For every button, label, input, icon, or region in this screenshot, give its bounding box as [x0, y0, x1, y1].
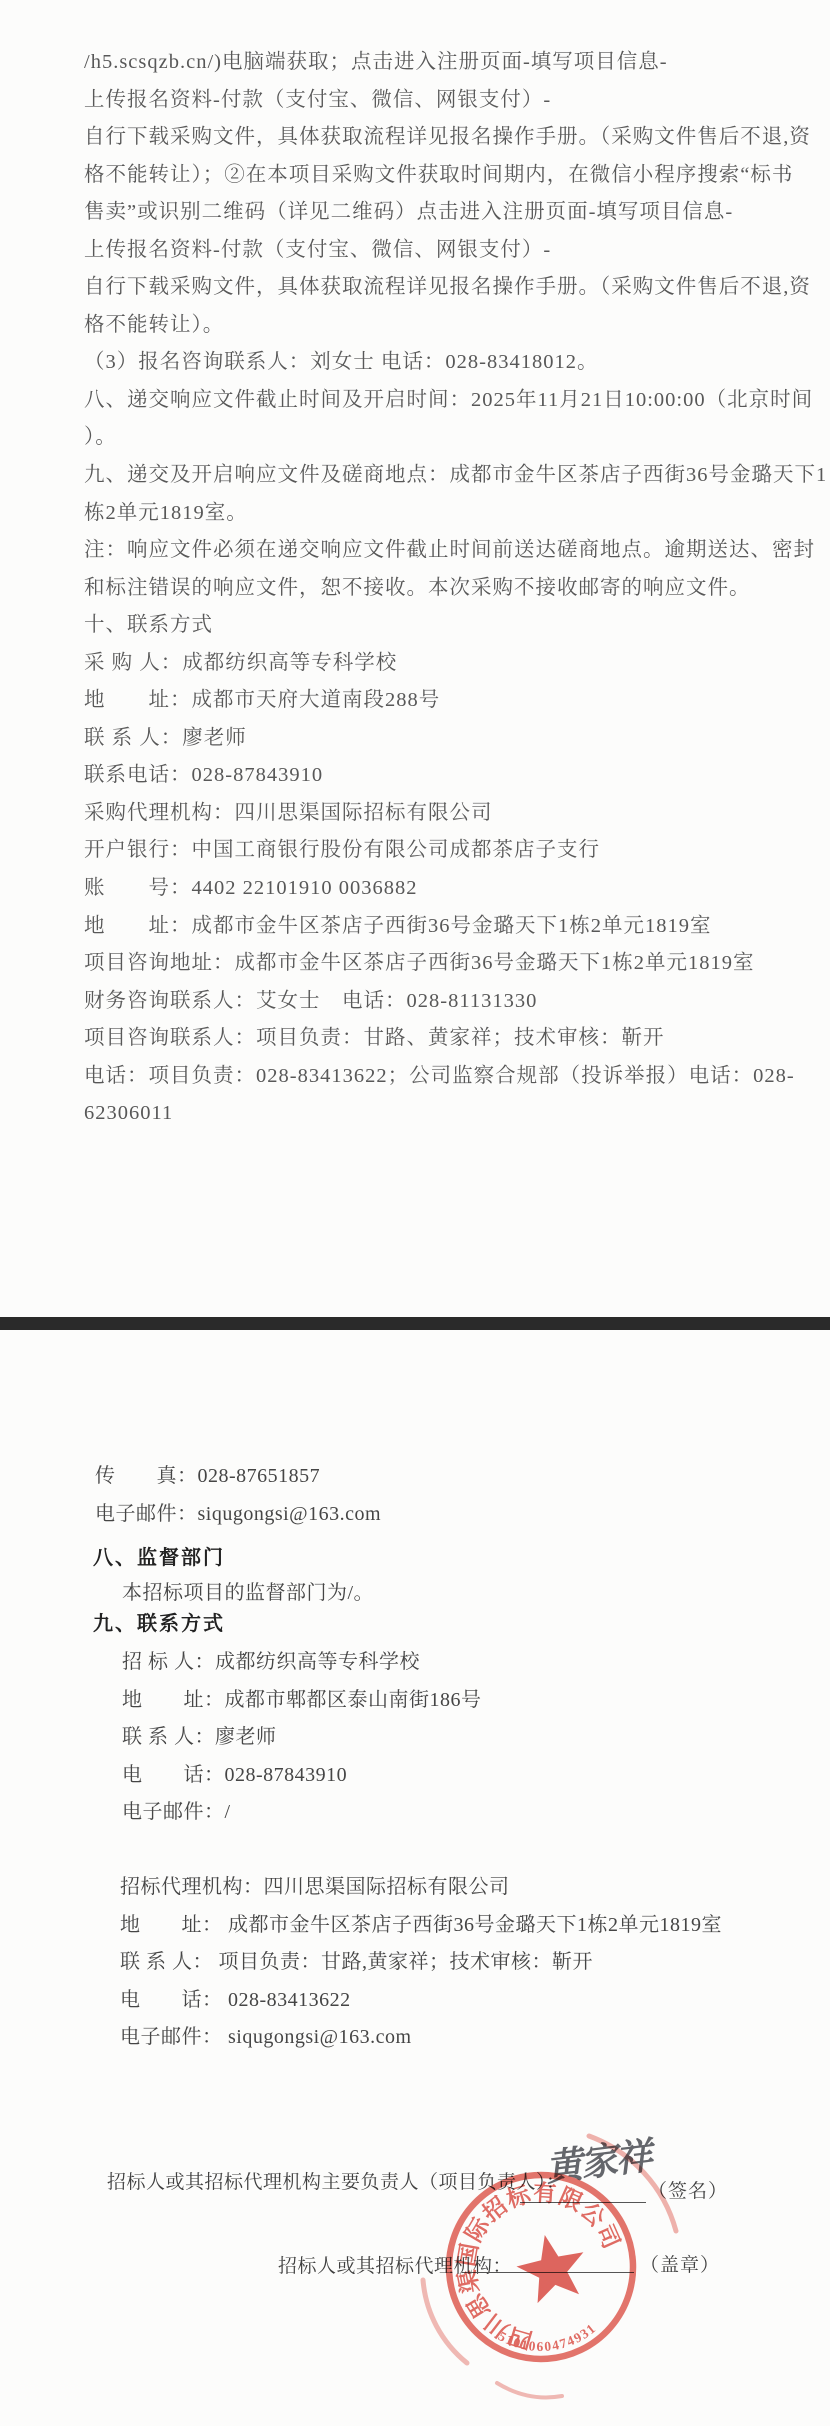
seal-smear	[497, 2383, 562, 2397]
text-line: 格不能转让）；②在本项目采购文件获取时间期内，在微信小程序搜索“标书	[84, 157, 804, 195]
text-line: 62306011	[84, 1095, 804, 1133]
text-line: 九、递交及开启响应文件及磋商地点：成都市金牛区茶店子西街36号金璐天下1	[84, 457, 804, 495]
seal-star	[511, 2228, 591, 2306]
text-line: 上传报名资料-付款（支付宝、微信、网银支付）-	[84, 82, 804, 120]
text-line: 上传报名资料-付款（支付宝、微信、网银支付）-	[84, 232, 804, 270]
section8-heading: 八、监督部门	[93, 1540, 225, 1578]
text-line: 招标代理机构：四川思渠国际招标有限公司	[120, 1869, 722, 1907]
text-line: 项目咨询联系人：项目负责：甘路、黄家祥；技术审核：靳开	[84, 1020, 804, 1058]
text-line: 注：响应文件必须在递交响应文件截止时间前送达磋商地点。逾期送达、密封	[84, 532, 804, 570]
text-line: 联 系 人： 项目负责：甘路,黄家祥；技术审核：靳开	[120, 1944, 722, 1982]
text-line: 和标注错误的响应文件，恕不接收。本次采购不接收邮寄的响应文件。	[84, 570, 804, 608]
text-line: 栋2单元1819室。	[84, 495, 804, 533]
text-line: 招 标 人：成都纺织高等专科学校	[122, 1644, 482, 1682]
text-line: 联 系 人：廖老师	[122, 1719, 482, 1757]
company-seal-stamp: 四川思渠国际招标有限公司 5101060474931	[400, 2128, 682, 2410]
text-line: 开户银行：中国工商银行股份有限公司成都茶店子支行	[84, 832, 804, 870]
text-line: ）。	[84, 419, 804, 457]
bidder-contact-block: 招 标 人：成都纺织高等专科学校地 址：成都市郫都区泰山南街186号联 系 人：…	[122, 1644, 482, 1832]
text-line: 联系电话：028-87843910	[84, 757, 804, 795]
text-line: 地 址：成都市天府大道南段288号	[84, 682, 804, 720]
text-line: 账 号：4402 22101910 0036882	[84, 870, 804, 908]
text-line: 售卖”或识别二维码（详见二维码）点击进入注册页面-填写项目信息-	[84, 194, 804, 232]
text-line: 传 真：028-87651857	[95, 1458, 381, 1496]
text-line: 电子邮件： siqugongsi@163.com	[120, 2019, 722, 2057]
text-line: 八、递交响应文件截止时间及开启时间：2025年11月21日10:00:00（北京…	[84, 382, 804, 420]
text-line: 电子邮件：/	[122, 1794, 482, 1832]
page-separator-band	[0, 1317, 830, 1330]
text-line: 地 址：成都市郫都区泰山南街186号	[122, 1682, 482, 1720]
text-line: 电 话： 028-83413622	[120, 1982, 722, 2020]
text-line: 电话：项目负责：028-83413622；公司监察合规部（投诉举报）电话：028…	[84, 1058, 804, 1096]
text-line: /h5.scsqzb.cn/)电脑端获取；点击进入注册页面-填写项目信息-	[84, 44, 804, 82]
text-line: 十、联系方式	[84, 607, 804, 645]
text-line: （3）报名咨询联系人：刘女士 电话：028-83418012。	[84, 344, 804, 382]
text-line: 地 址：成都市金牛区茶店子西街36号金璐天下1栋2单元1819室	[84, 908, 804, 946]
text-line: 电 话：028-87843910	[122, 1757, 482, 1795]
agency-contact-block: 招标代理机构：四川思渠国际招标有限公司地 址： 成都市金牛区茶店子西街36号金璐…	[120, 1869, 722, 2057]
text-line: 采 购 人：成都纺织高等专科学校	[84, 645, 804, 683]
text-line: 采购代理机构：四川思渠国际招标有限公司	[84, 795, 804, 833]
agency-fax-email-block: 传 真：028-87651857电子邮件：siqugongsi@163.com	[95, 1458, 381, 1533]
text-line: 项目咨询地址：成都市金牛区茶店子西街36号金璐天下1栋2单元1819室	[84, 945, 804, 983]
text-line: 自行下载采购文件，具体获取流程详见报名操作手册。（采购文件售后不退,资	[84, 119, 804, 157]
page1-text-region: /h5.scsqzb.cn/)电脑端获取；点击进入注册页面-填写项目信息-上传报…	[84, 44, 804, 1133]
section9-heading: 九、联系方式	[93, 1606, 225, 1644]
scanned-document: /h5.scsqzb.cn/)电脑端获取；点击进入注册页面-填写项目信息-上传报…	[0, 0, 830, 2426]
text-line: 财务咨询联系人：艾女士 电话：028-81131330	[84, 983, 804, 1021]
text-line: 电子邮件：siqugongsi@163.com	[95, 1496, 381, 1534]
text-line: 地 址： 成都市金牛区茶店子西街36号金璐天下1栋2单元1819室	[120, 1907, 722, 1945]
text-line: 联 系 人：廖老师	[84, 720, 804, 758]
text-line: 自行下载采购文件，具体获取流程详见报名操作手册。（采购文件售后不退,资	[84, 269, 804, 307]
text-line: 格不能转让）。	[84, 307, 804, 345]
